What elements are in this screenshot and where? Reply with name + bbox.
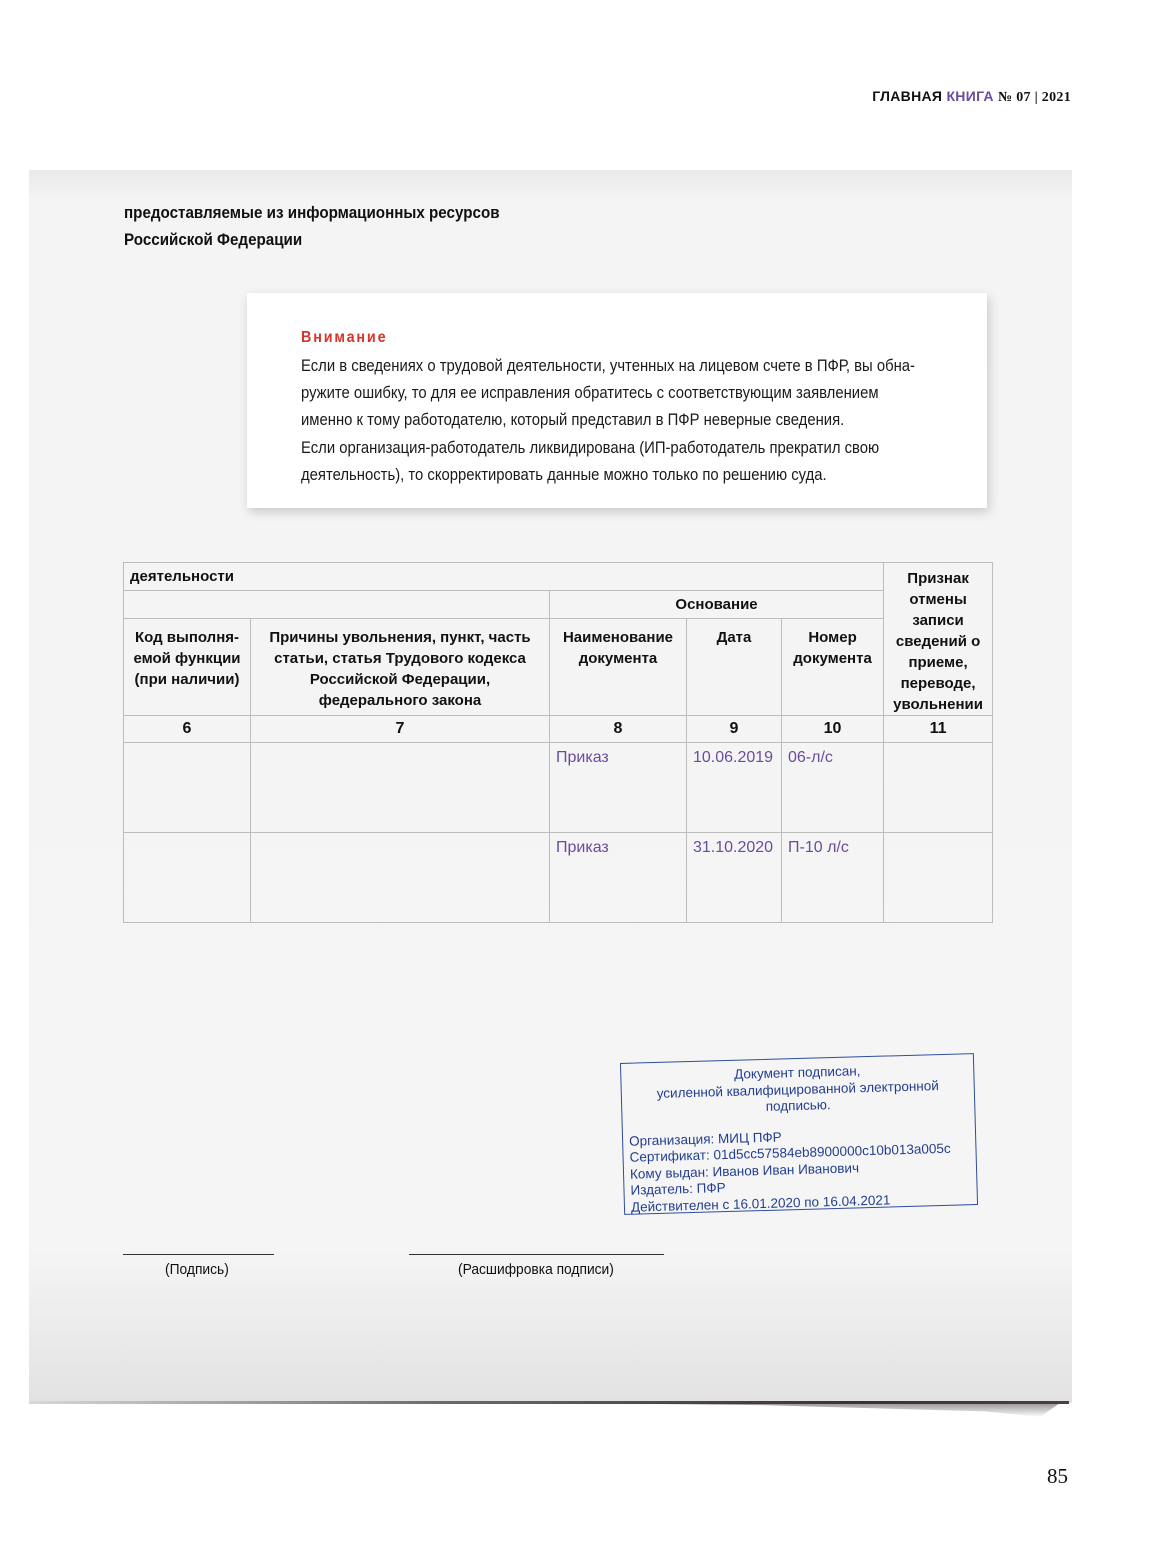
cell-function-code [124,743,251,833]
signature-line [123,1254,274,1255]
table-row: Приказ 31.10.2020 П-10 л/с [124,833,993,923]
cell-dismissal-reason [251,743,550,833]
signature-transcript-label: (Расшифровка подписи) [458,1261,614,1278]
heading-line: предоставляемые из информационных ресурс… [124,200,500,227]
group-header-basis: Основание [550,591,884,619]
column-header-11: Признак отмены записи сведений о приеме,… [884,563,993,716]
stamp-details: Организация: МИЦ ПФР Сертификат: 01d5cc5… [623,1124,977,1216]
notice-line: Если в сведениях о трудовой деятельности… [301,353,931,380]
column-number-11: 11 [884,716,993,743]
notice-line: именно к тому работодателю, который пред… [301,407,931,434]
empty-header-cell [124,591,550,619]
heading-line: Российской Федерации [124,227,500,254]
column-number-6: 6 [124,716,251,743]
column-header-9: Дата [687,619,782,716]
issue-number: № 07 | 2021 [998,90,1071,105]
notice-body: Если в сведениях о трудовой деятельности… [301,353,931,489]
column-header-10: Номер документа [782,619,884,716]
notice-line: деятельность), то скорректировать данные… [301,462,931,489]
cell-document-name: Приказ [550,833,687,923]
notice-line: Если организация-работодатель ликвидиров… [301,435,931,462]
cell-document-number: П-10 л/с [782,833,884,923]
document-heading: предоставляемые из информационных ресурс… [124,200,500,254]
electronic-signature-stamp: Документ подписан, усиленной квалифициро… [620,1053,978,1215]
stamp-header: Документ подписан, усиленной квалифициро… [621,1060,974,1119]
perforated-edge [29,165,1072,173]
column-number-7: 7 [251,716,550,743]
notice-line: ружите ошибку, то для ее исправления обр… [301,380,931,407]
magazine-masthead: ГЛАВНАЯ КНИГА № 07 | 2021 [872,88,1071,106]
signature-label: (Подпись) [165,1261,229,1278]
brand-name-part2: КНИГА [946,88,993,104]
notice-title: Внимание [301,329,387,347]
cell-document-date: 10.06.2019 [687,743,782,833]
cell-function-code [124,833,251,923]
column-number-8: 8 [550,716,687,743]
column-number-9: 9 [687,716,782,743]
cell-dismissal-reason [251,833,550,923]
column-header-6: Код выполня-емой функции (при наличии) [124,619,251,716]
page-number: 85 [1047,1464,1068,1489]
table-section-title: деятельности [124,563,884,591]
column-header-7: Причины увольнения, пункт, часть статьи,… [251,619,550,716]
cell-document-number: 06-л/с [782,743,884,833]
brand-name-part1: ГЛАВНАЯ [872,88,942,104]
table-row: Приказ 10.06.2019 06-л/с [124,743,993,833]
page-curl-shadow [560,1403,1060,1417]
signature-transcript-line [409,1254,664,1255]
column-number-10: 10 [782,716,884,743]
cell-cancellation-flag [884,743,993,833]
cell-cancellation-flag [884,833,993,923]
cell-document-name: Приказ [550,743,687,833]
column-header-8: Наименование документа [550,619,687,716]
attention-notice: Внимание Если в сведениях о трудовой дея… [247,293,987,508]
employment-records-table: деятельности Признак отмены записи сведе… [123,562,993,923]
cell-document-date: 31.10.2020 [687,833,782,923]
